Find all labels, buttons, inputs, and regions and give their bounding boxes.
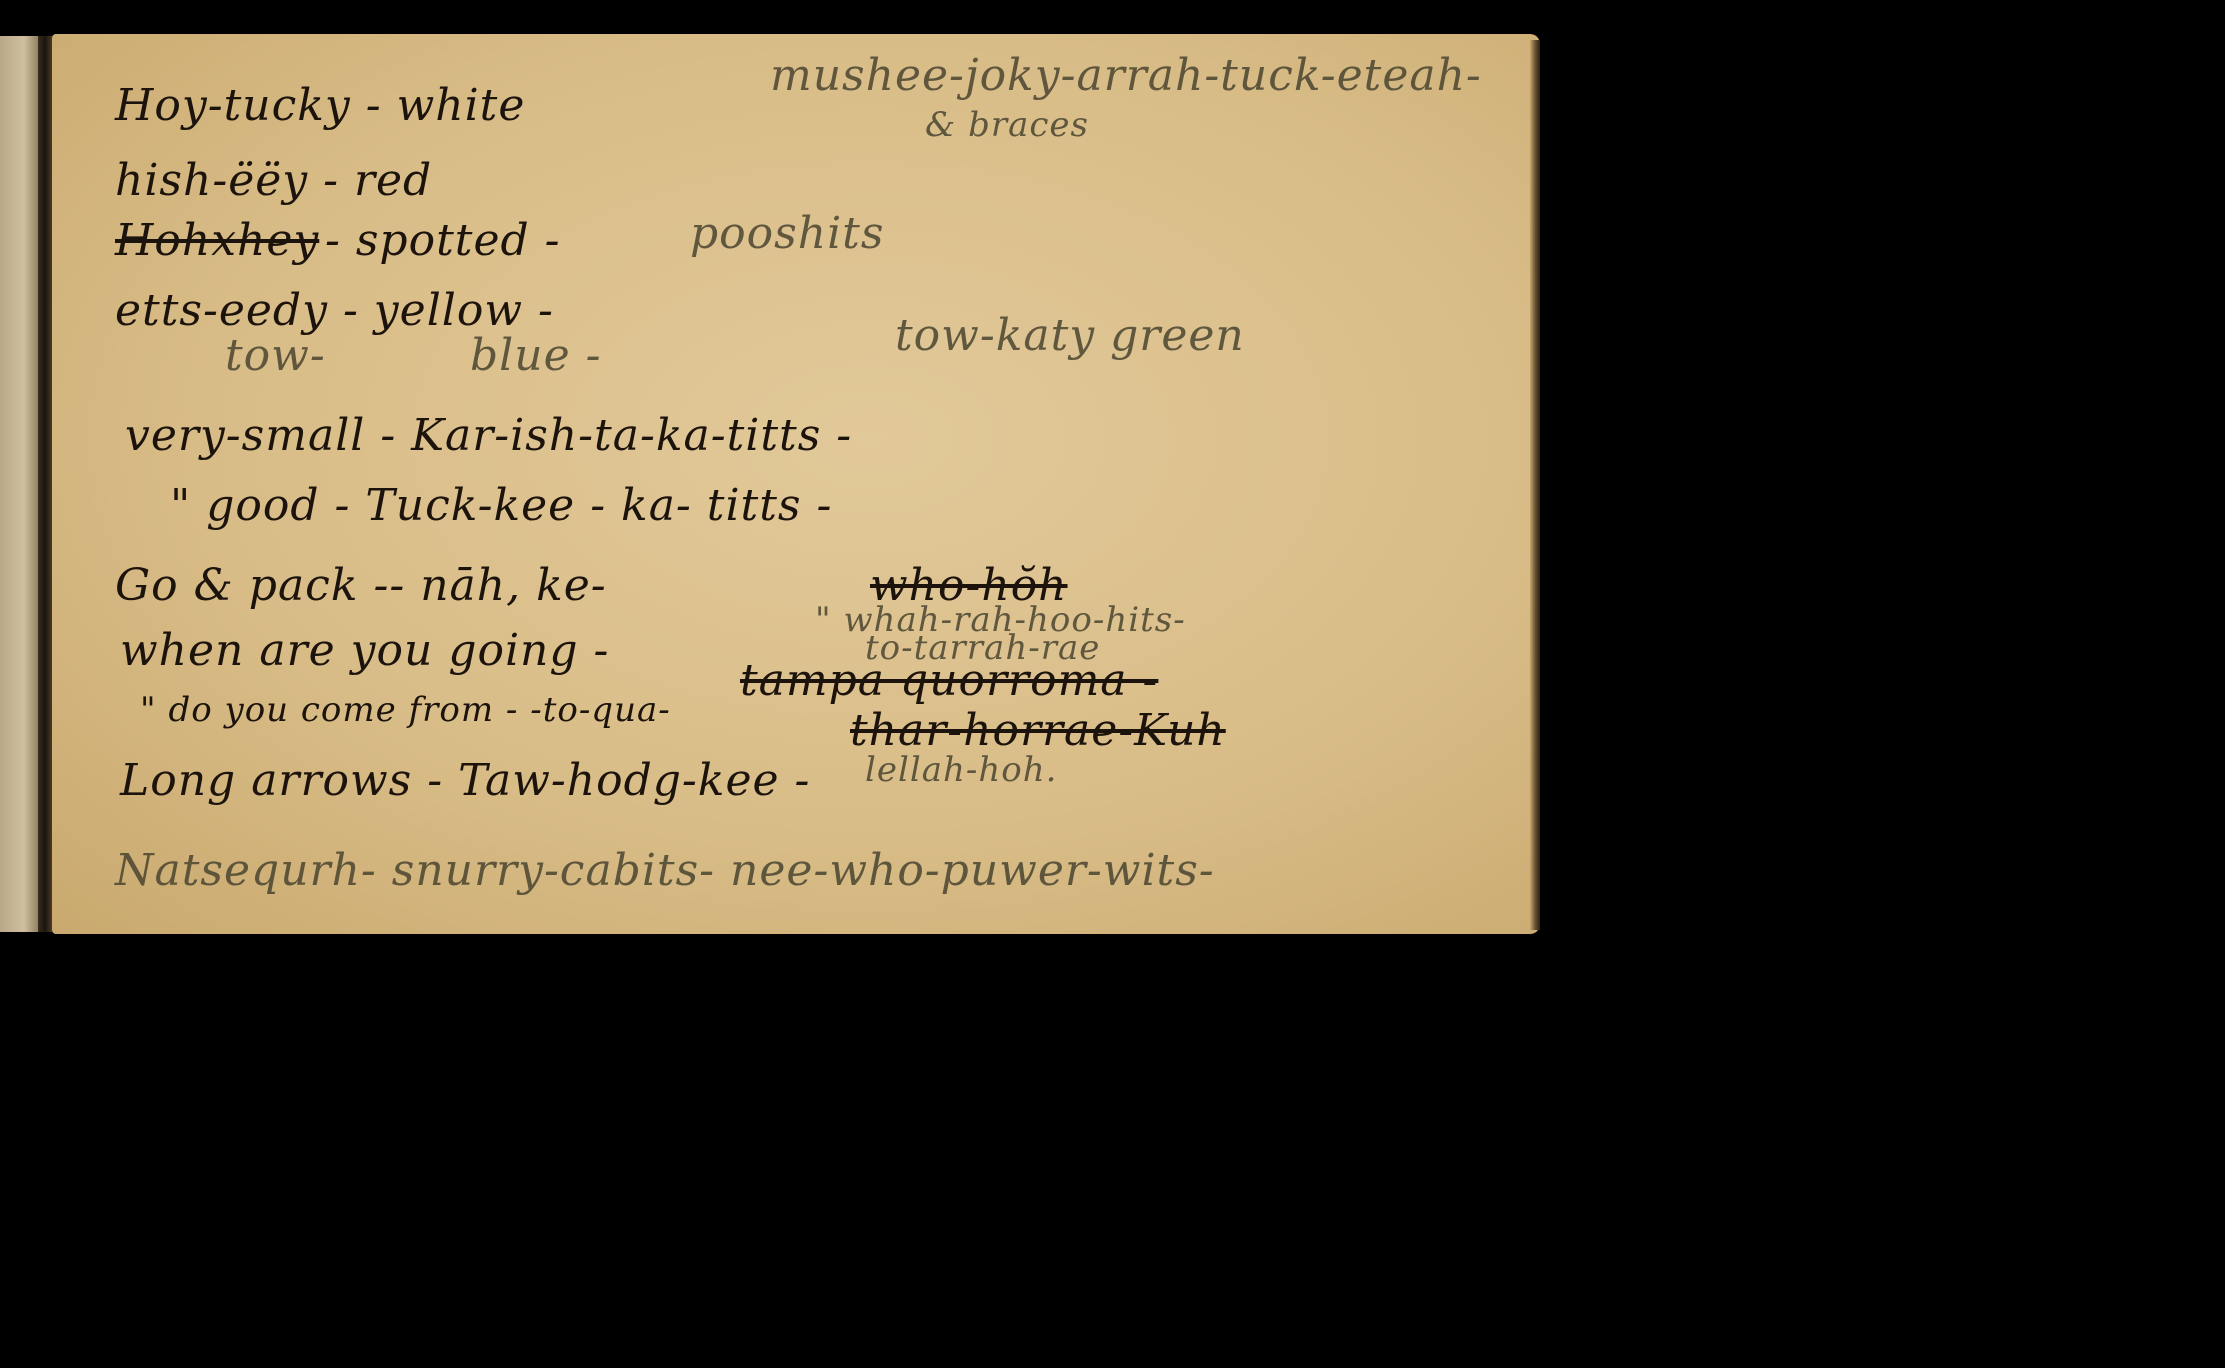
handwritten-line: Hoy-tucky - white [115, 80, 525, 131]
handwritten-line: lellah-hoh. [865, 750, 1057, 790]
handwritten-line: Long arrows - Taw-hodg-kee - [120, 755, 810, 806]
handwritten-line: mushee-joky-arrah-tuck-eteah- [770, 50, 1482, 101]
handwritten-line: Natsequrh- snurry-cabits- nee-who-puwer-… [115, 845, 1215, 896]
handwritten-line: very-small - Kar-ish-ta-ka-titts - [125, 410, 852, 461]
handwritten-line: tow-katy green [895, 310, 1245, 361]
previous-page-edge [0, 36, 40, 932]
handwritten-line: " good - Tuck-kee - ka- titts - [170, 480, 832, 531]
handwritten-line: " do you come from - -to-qua- [140, 690, 671, 730]
handwritten-line: pooshits [690, 208, 884, 259]
handwritten-line: Go & pack -- nāh, ke- [115, 560, 607, 611]
handwritten-line: when are you going - [120, 625, 609, 676]
handwritten-line: thar-horrae-Kuh [850, 705, 1226, 756]
handwritten-line: hish-ëëy - red [115, 155, 432, 206]
handwritten-line: & braces [925, 105, 1089, 145]
handwritten-line: - spotted - [325, 215, 561, 266]
handwritten-line: blue - [470, 330, 601, 381]
handwritten-line: to-tarrah-rae [865, 628, 1100, 668]
handwritten-line: etts-eedy - yellow - [115, 285, 554, 336]
handwritten-line: tow- [225, 330, 326, 381]
page-right-edge [1530, 40, 1540, 930]
notebook-spine [38, 36, 52, 932]
handwritten-line: Hohxhey [115, 215, 319, 266]
